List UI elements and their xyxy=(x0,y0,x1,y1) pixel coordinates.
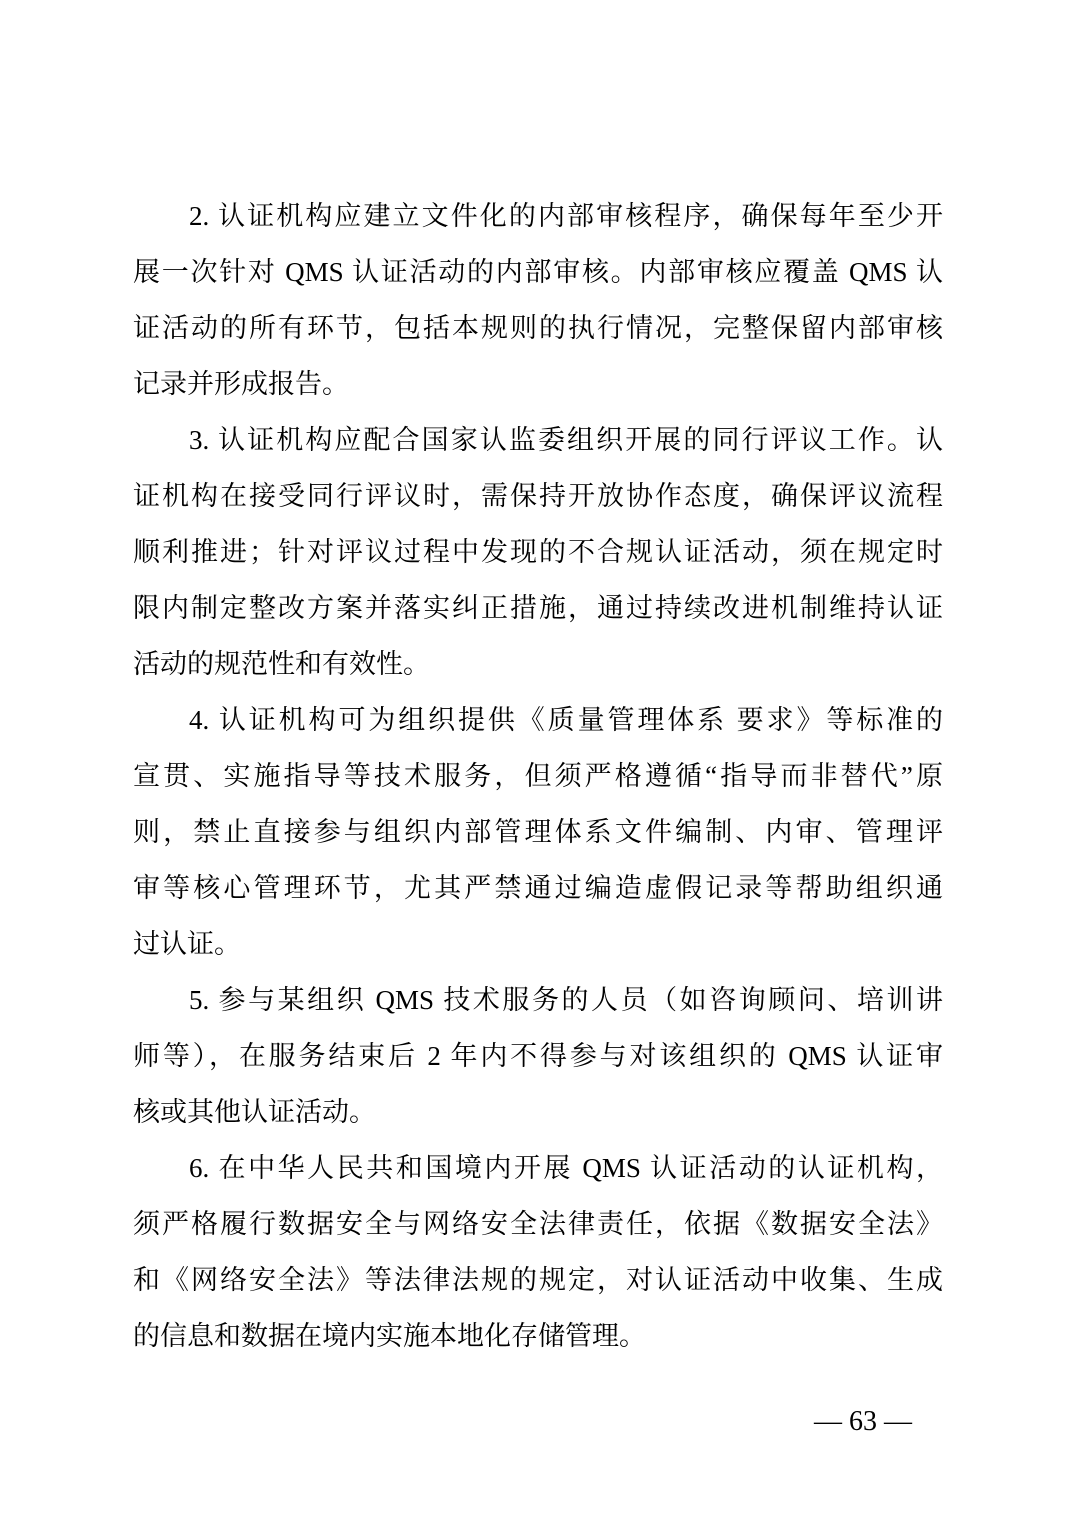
paragraph-item-2: 2. 认证机构应建立文件化的内部审核程序，确保每年至少开 展一次针对 QMS 认… xyxy=(133,188,943,412)
paragraph-line: 审等核心管理环节，尤其严禁通过编造虚假记录等帮助组织通 xyxy=(133,860,943,916)
paragraph-line: 4. 认证机构可为组织提供《质量管理体系 要求》等标准的 xyxy=(133,692,943,748)
paragraph-line: 展一次针对 QMS 认证活动的内部审核。内部审核应覆盖 QMS 认 xyxy=(133,244,943,300)
paragraph-line: 过认证。 xyxy=(133,916,943,972)
paragraph-item-4: 4. 认证机构可为组织提供《质量管理体系 要求》等标准的 宣贯、实施指导等技术服… xyxy=(133,692,943,972)
paragraph-line: 顺利推进；针对评议过程中发现的不合规认证活动，须在规定时 xyxy=(133,524,943,580)
paragraph-line: 则，禁止直接参与组织内部管理体系文件编制、内审、管理评 xyxy=(133,804,943,860)
paragraph-line: 6. 在中华人民共和国境内开展 QMS 认证活动的认证机构， xyxy=(133,1140,943,1196)
document-body: 2. 认证机构应建立文件化的内部审核程序，确保每年至少开 展一次针对 QMS 认… xyxy=(133,188,943,1364)
paragraph-item-3: 3. 认证机构应配合国家认监委组织开展的同行评议工作。认 证机构在接受同行评议时… xyxy=(133,412,943,692)
page-footer: — 63 — xyxy=(786,1377,912,1467)
paragraph-line: 宣贯、实施指导等技术服务，但须严格遵循“指导而非替代”原 xyxy=(133,748,943,804)
paragraph-line: 3. 认证机构应配合国家认监委组织开展的同行评议工作。认 xyxy=(133,412,943,468)
paragraph-line: 限内制定整改方案并落实纠正措施，通过持续改进机制维持认证 xyxy=(133,580,943,636)
paragraph-line: 师等），在服务结束后 2 年内不得参与对该组织的 QMS 认证审 xyxy=(133,1028,943,1084)
paragraph-line: 证活动的所有环节，包括本规则的执行情况，完整保留内部审核 xyxy=(133,300,943,356)
paragraph-item-5: 5. 参与某组织 QMS 技术服务的人员（如咨询顾问、培训讲 师等），在服务结束… xyxy=(133,972,943,1140)
document-page: 2. 认证机构应建立文件化的内部审核程序，确保每年至少开 展一次针对 QMS 认… xyxy=(0,0,1074,1520)
paragraph-line: 证机构在接受同行评议时，需保持开放协作态度，确保评议流程 xyxy=(133,468,943,524)
page-number: — 63 — xyxy=(814,1406,912,1437)
paragraph-line: 须严格履行数据安全与网络安全法律责任，依据《数据安全法》 xyxy=(133,1196,943,1252)
paragraph-line: 和《网络安全法》等法律法规的规定，对认证活动中收集、生成 xyxy=(133,1252,943,1308)
paragraph-line: 活动的规范性和有效性。 xyxy=(133,636,943,692)
paragraph-line: 2. 认证机构应建立文件化的内部审核程序，确保每年至少开 xyxy=(133,188,943,244)
paragraph-line: 的信息和数据在境内实施本地化存储管理。 xyxy=(133,1308,943,1364)
paragraph-item-6: 6. 在中华人民共和国境内开展 QMS 认证活动的认证机构， 须严格履行数据安全… xyxy=(133,1140,943,1364)
paragraph-line: 5. 参与某组织 QMS 技术服务的人员（如咨询顾问、培训讲 xyxy=(133,972,943,1028)
paragraph-line: 核或其他认证活动。 xyxy=(133,1084,943,1140)
paragraph-line: 记录并形成报告。 xyxy=(133,356,943,412)
